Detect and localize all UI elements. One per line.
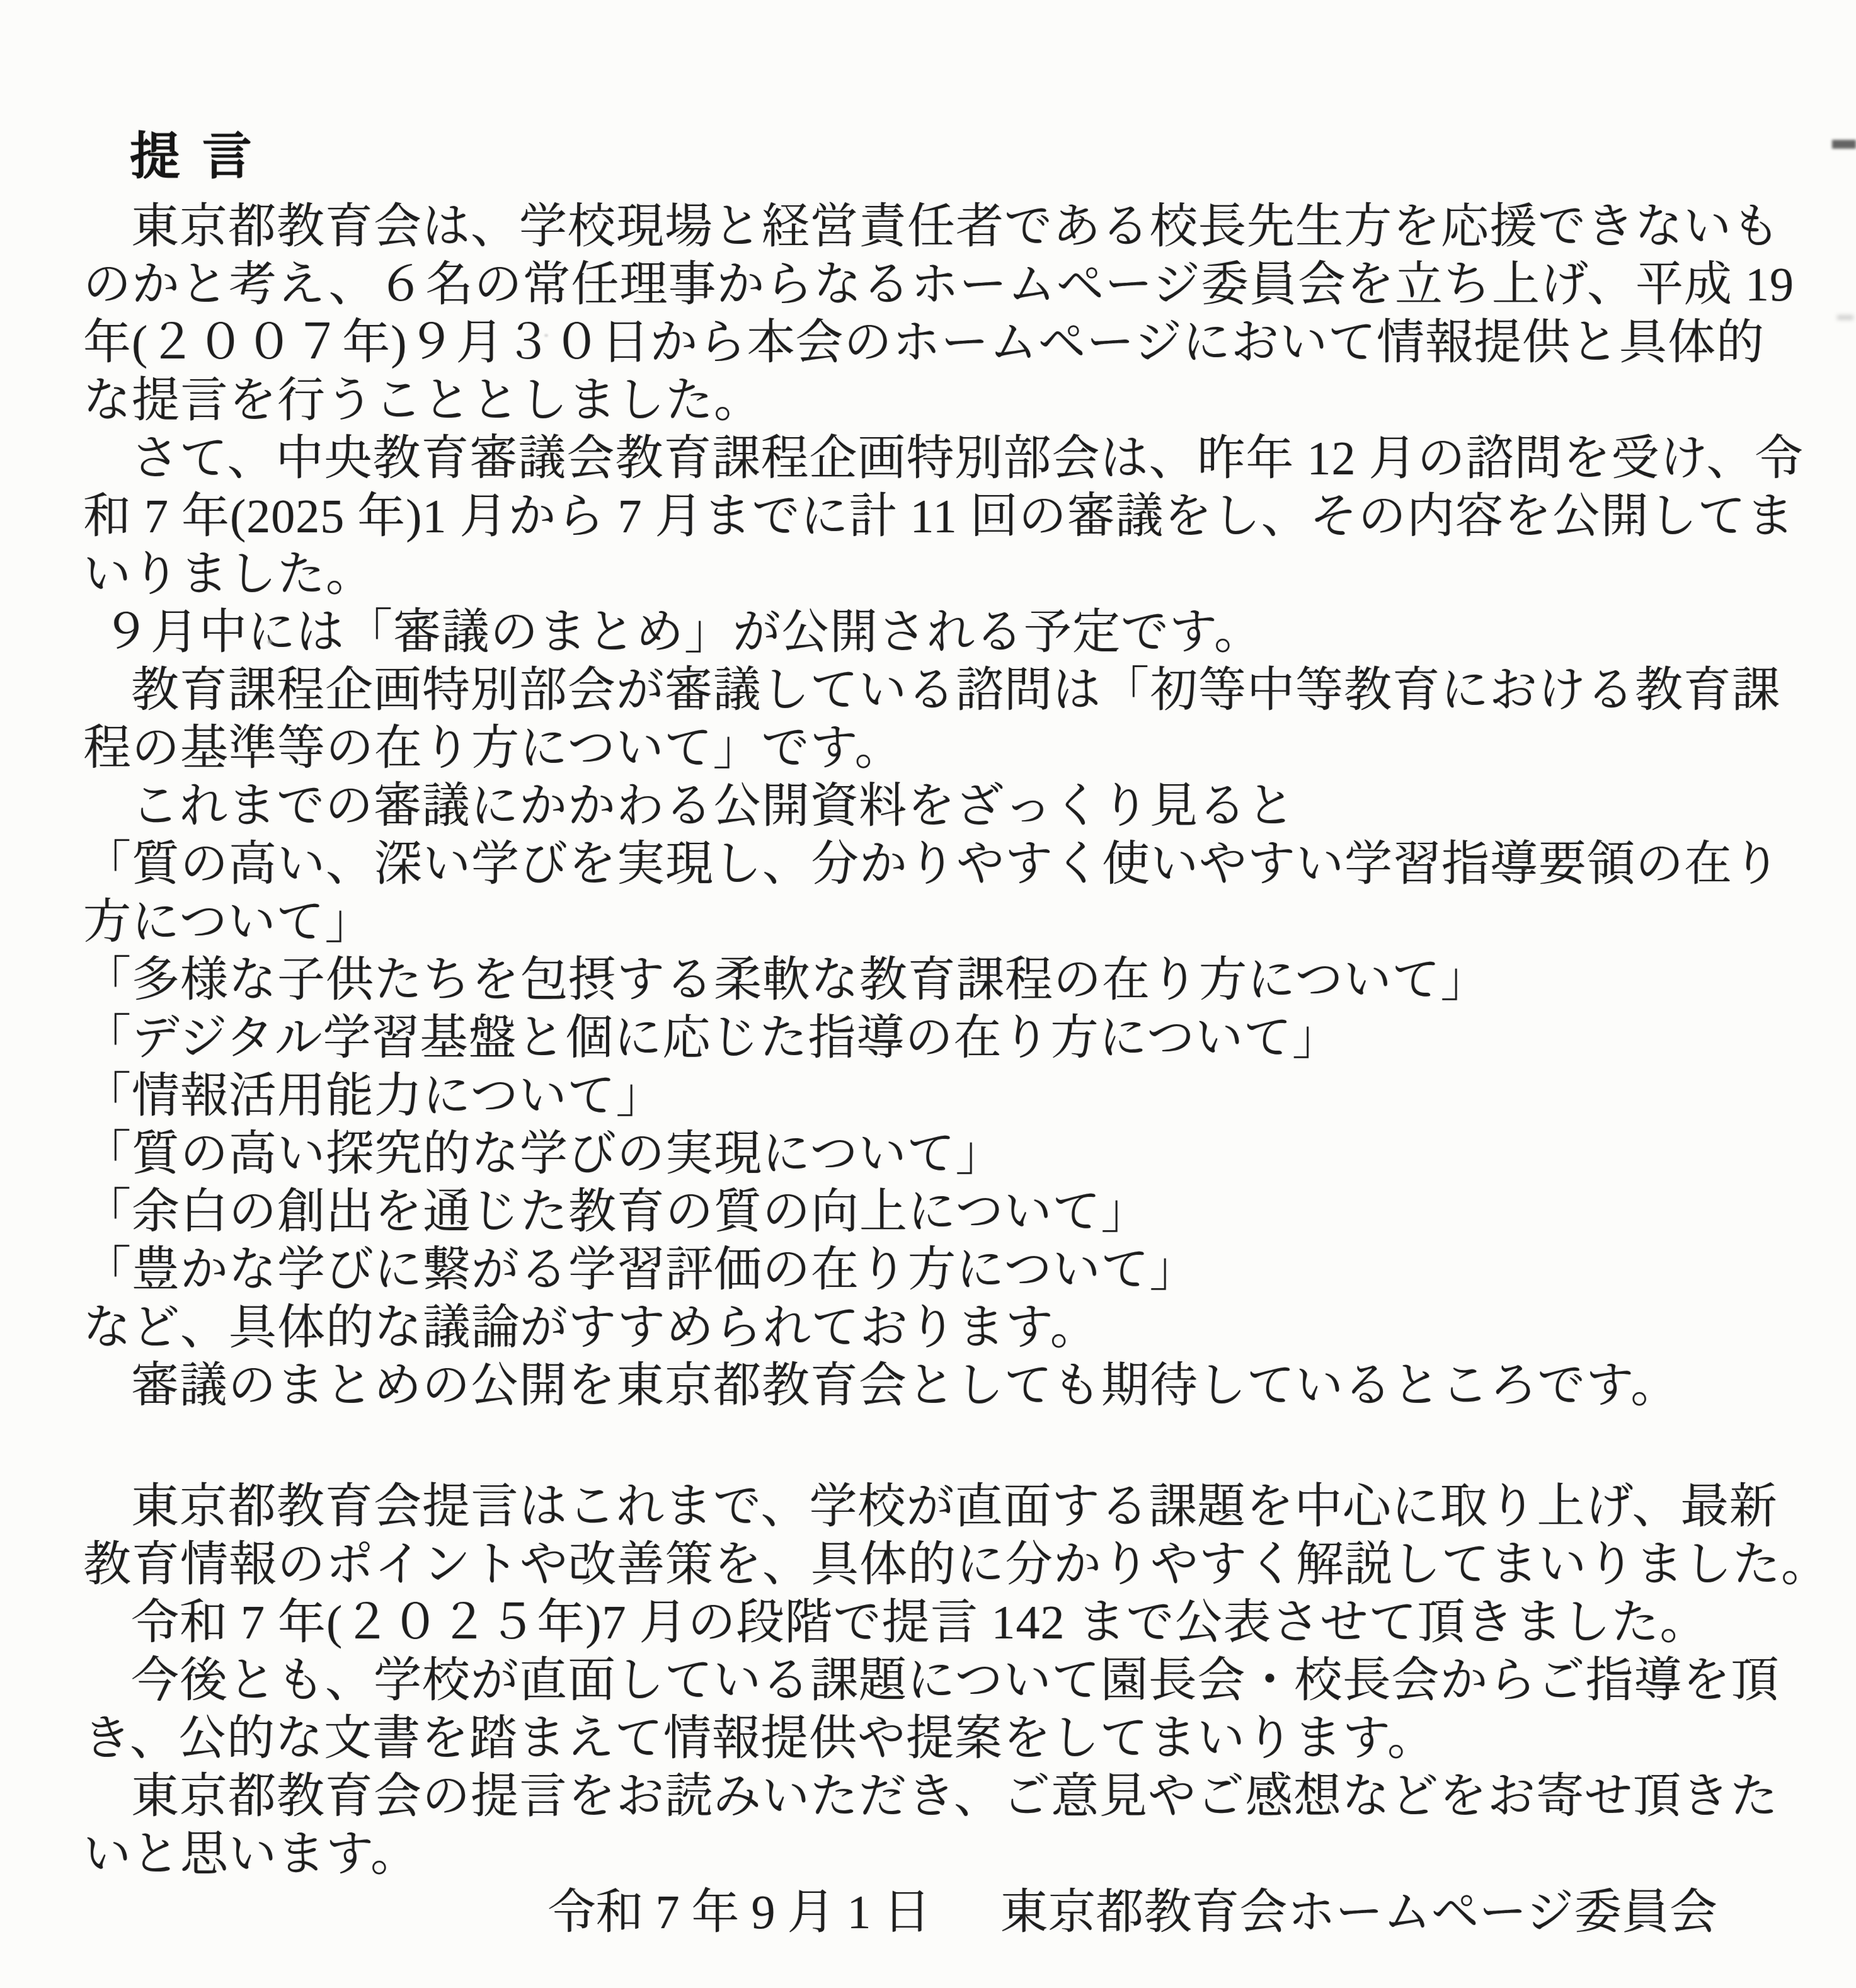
paragraph-gap bbox=[83, 1415, 1799, 1478]
text-line: など、具体的な議論がすすめられております。 bbox=[83, 1299, 1799, 1357]
text-line: いと思います。 bbox=[83, 1825, 1799, 1883]
text-line: 教育情報のポイントや改善策を、具体的に分かりやすく解説してまいりました。 bbox=[83, 1536, 1799, 1594]
text-line: 「豊かな学びに繋がる学習評価の在り方について」 bbox=[83, 1241, 1799, 1299]
text-line: 和 7 年(2025 年)1 月から 7 月までに計 11 回の審議をし、その内… bbox=[83, 488, 1799, 546]
text-line: な提言を行うこととしました。 bbox=[83, 372, 1799, 430]
text-line: 東京都教育会の提言をお読みいただき、ご意見やご感想などをお寄せ頂きた bbox=[83, 1768, 1799, 1825]
text-line: 程の基準等の在り方について」です。 bbox=[83, 719, 1799, 777]
document-content: 提 言 東京都教育会は、学校現場と経営責任者である校長先生方を応援できないものか… bbox=[0, 0, 1856, 1941]
scanned-document-page: 提 言 東京都教育会は、学校現場と経営責任者である校長先生方を応援できないものか… bbox=[0, 0, 1856, 1988]
text-line: これまでの審議にかかわる公開資料をざっくり見ると bbox=[83, 777, 1799, 835]
signature-date: 令和 7 年 9 月 1 日 bbox=[548, 1886, 931, 1939]
text-line: 今後とも、学校が直面している課題について園長会・校長会からご指導を頂 bbox=[83, 1652, 1799, 1710]
text-line: 「質の高い探究的な学びの実現について」 bbox=[83, 1125, 1799, 1183]
text-line: 教育課程企画特別部会が審議している諮問は「初等中等教育における教育課 bbox=[83, 661, 1799, 719]
text-line: 「質の高い、深い学びを実現し、分かりやすく使いやすい学習指導要領の在り bbox=[83, 835, 1799, 893]
text-line: 年(２００７年)９月３０日から本会のホームページにおいて情報提供と具体的 bbox=[83, 314, 1799, 372]
text-line: 「情報活用能力について」 bbox=[83, 1067, 1799, 1125]
text-line: 審議のまとめの公開を東京都教育会としても期待しているところです。 bbox=[83, 1357, 1799, 1415]
text-line: 「デジタル学習基盤と個に応じた指導の在り方について」 bbox=[83, 1009, 1799, 1067]
text-line: 東京都教育会提言はこれまで、学校が直面する課題を中心に取り上げ、最新 bbox=[83, 1478, 1799, 1536]
text-line: さて、中央教育審議会教育課程企画特別部会は、昨年 12 月の諮問を受け、令 bbox=[83, 430, 1799, 488]
text-line: 「多様な子供たちを包摂する柔軟な教育課程の在り方について」 bbox=[83, 951, 1799, 1009]
text-line: 方について」 bbox=[83, 893, 1799, 951]
signature-org: 東京都教育会ホームページ委員会 bbox=[1000, 1886, 1717, 1939]
text-line: 「余白の創出を通じた教育の質の向上について」 bbox=[83, 1183, 1799, 1241]
text-line: いりました。 bbox=[83, 546, 1799, 603]
signature-line: 令和 7 年 9 月 1 日東京都教育会ホームページ委員会 bbox=[83, 1883, 1799, 1941]
text-line: 令和 7 年(２０２５年)7 月の段階で提言 142 まで公表させて頂きました。 bbox=[83, 1594, 1799, 1652]
text-line: き、公的な文書を踏まえて情報提供や提案をしてまいります。 bbox=[83, 1710, 1799, 1768]
text-line: のかと考え、６名の常任理事からなるホームページ委員会を立ち上げ、平成 19 bbox=[83, 256, 1799, 314]
page-title: 提 言 bbox=[130, 123, 1799, 189]
text-line: 東京都教育会は、学校現場と経営責任者である校長先生方を応援できないも bbox=[83, 198, 1799, 256]
document-body: 東京都教育会は、学校現場と経営責任者である校長先生方を応援できないものかと考え、… bbox=[83, 198, 1799, 1883]
text-line: ９月中には「審議のまとめ」が公開される予定です。 bbox=[83, 603, 1799, 661]
